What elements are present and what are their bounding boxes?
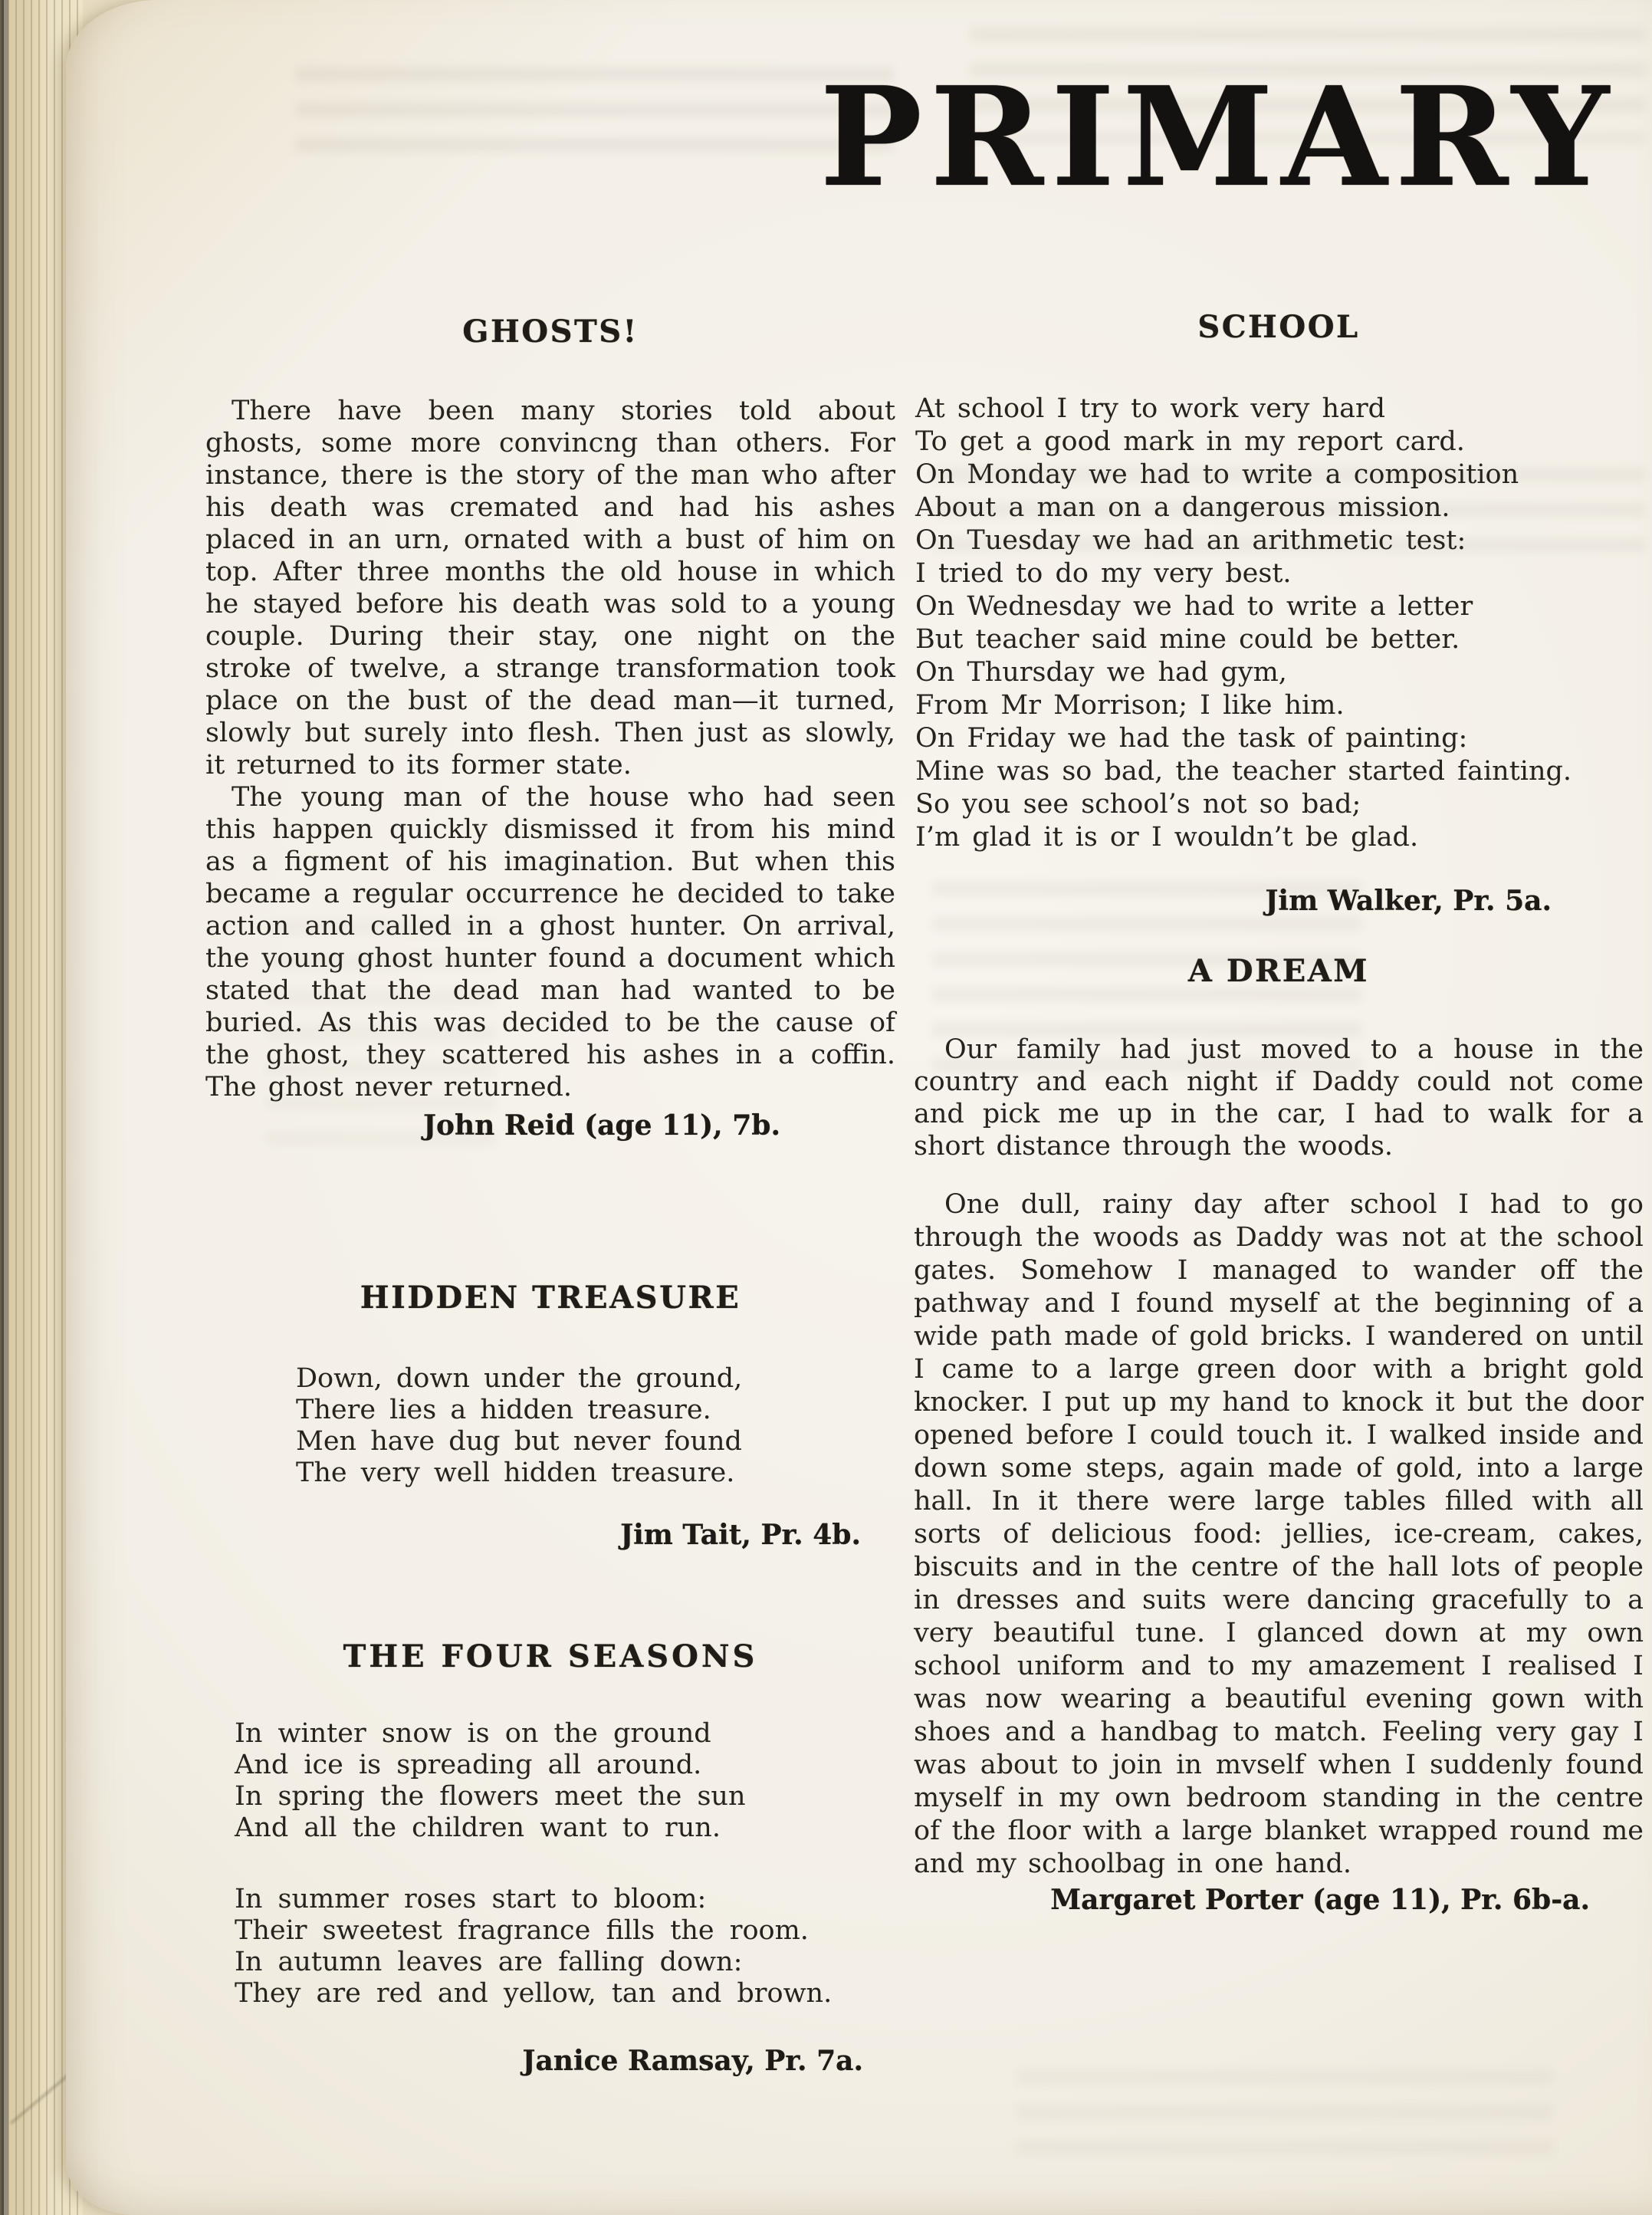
school-byline: Jim Walker, Pr. 5a. [914,883,1644,919]
magazine-page: PRIMARY GHOSTS! There have been many sto… [66,0,1652,2215]
hidden-treasure-stanza: Down, down under the ground, There lies … [205,1363,895,1489]
section-four-seasons: THE FOUR SEASONS In winter snow is on th… [205,1638,895,2079]
section-heading-a-dream: A DREAM [914,952,1644,991]
a-dream-byline: Margaret Porter (age 11), Pr. 6b-a. [914,1882,1644,1918]
section-school: SCHOOL At school I try to work very hard… [914,308,1644,919]
section-heading-ghosts: GHOSTS! [205,313,895,351]
show-through-text [1016,2070,1553,2162]
section-ghosts: GHOSTS! There have been many stories tol… [205,313,895,1143]
school-stanza: At school I try to work very hard To get… [914,393,1644,854]
ghosts-paragraph-1: There have been many stories told about … [205,395,895,781]
hidden-treasure-byline: Jim Tait, Pr. 4b. [205,1517,895,1553]
a-dream-paragraph-2: One dull, rainy day after school I had t… [914,1188,1644,1881]
four-seasons-stanza-1: In winter snow is on the ground And ice … [205,1718,895,1844]
page-title: PRIMARY [819,67,1617,207]
section-a-dream: A DREAM Our family had just moved to a h… [914,952,1644,1918]
four-seasons-byline: Janice Ramsay, Pr. 7a. [205,2043,895,2079]
a-dream-paragraph-1: Our family had just moved to a house in … [914,1034,1644,1162]
section-heading-four-seasons: THE FOUR SEASONS [205,1638,895,1676]
section-heading-hidden-treasure: HIDDEN TREASURE [205,1279,895,1317]
section-heading-school: SCHOOL [914,308,1644,347]
ghosts-byline: John Reid (age 11), 7b. [205,1108,895,1143]
section-hidden-treasure: HIDDEN TREASURE Down, down under the gro… [205,1279,895,1553]
four-seasons-stanza-2: In summer roses start to bloom: Their sw… [205,1884,895,2010]
show-through-text [296,67,894,167]
ghosts-paragraph-2: The young man of the house who had seen … [205,781,895,1103]
